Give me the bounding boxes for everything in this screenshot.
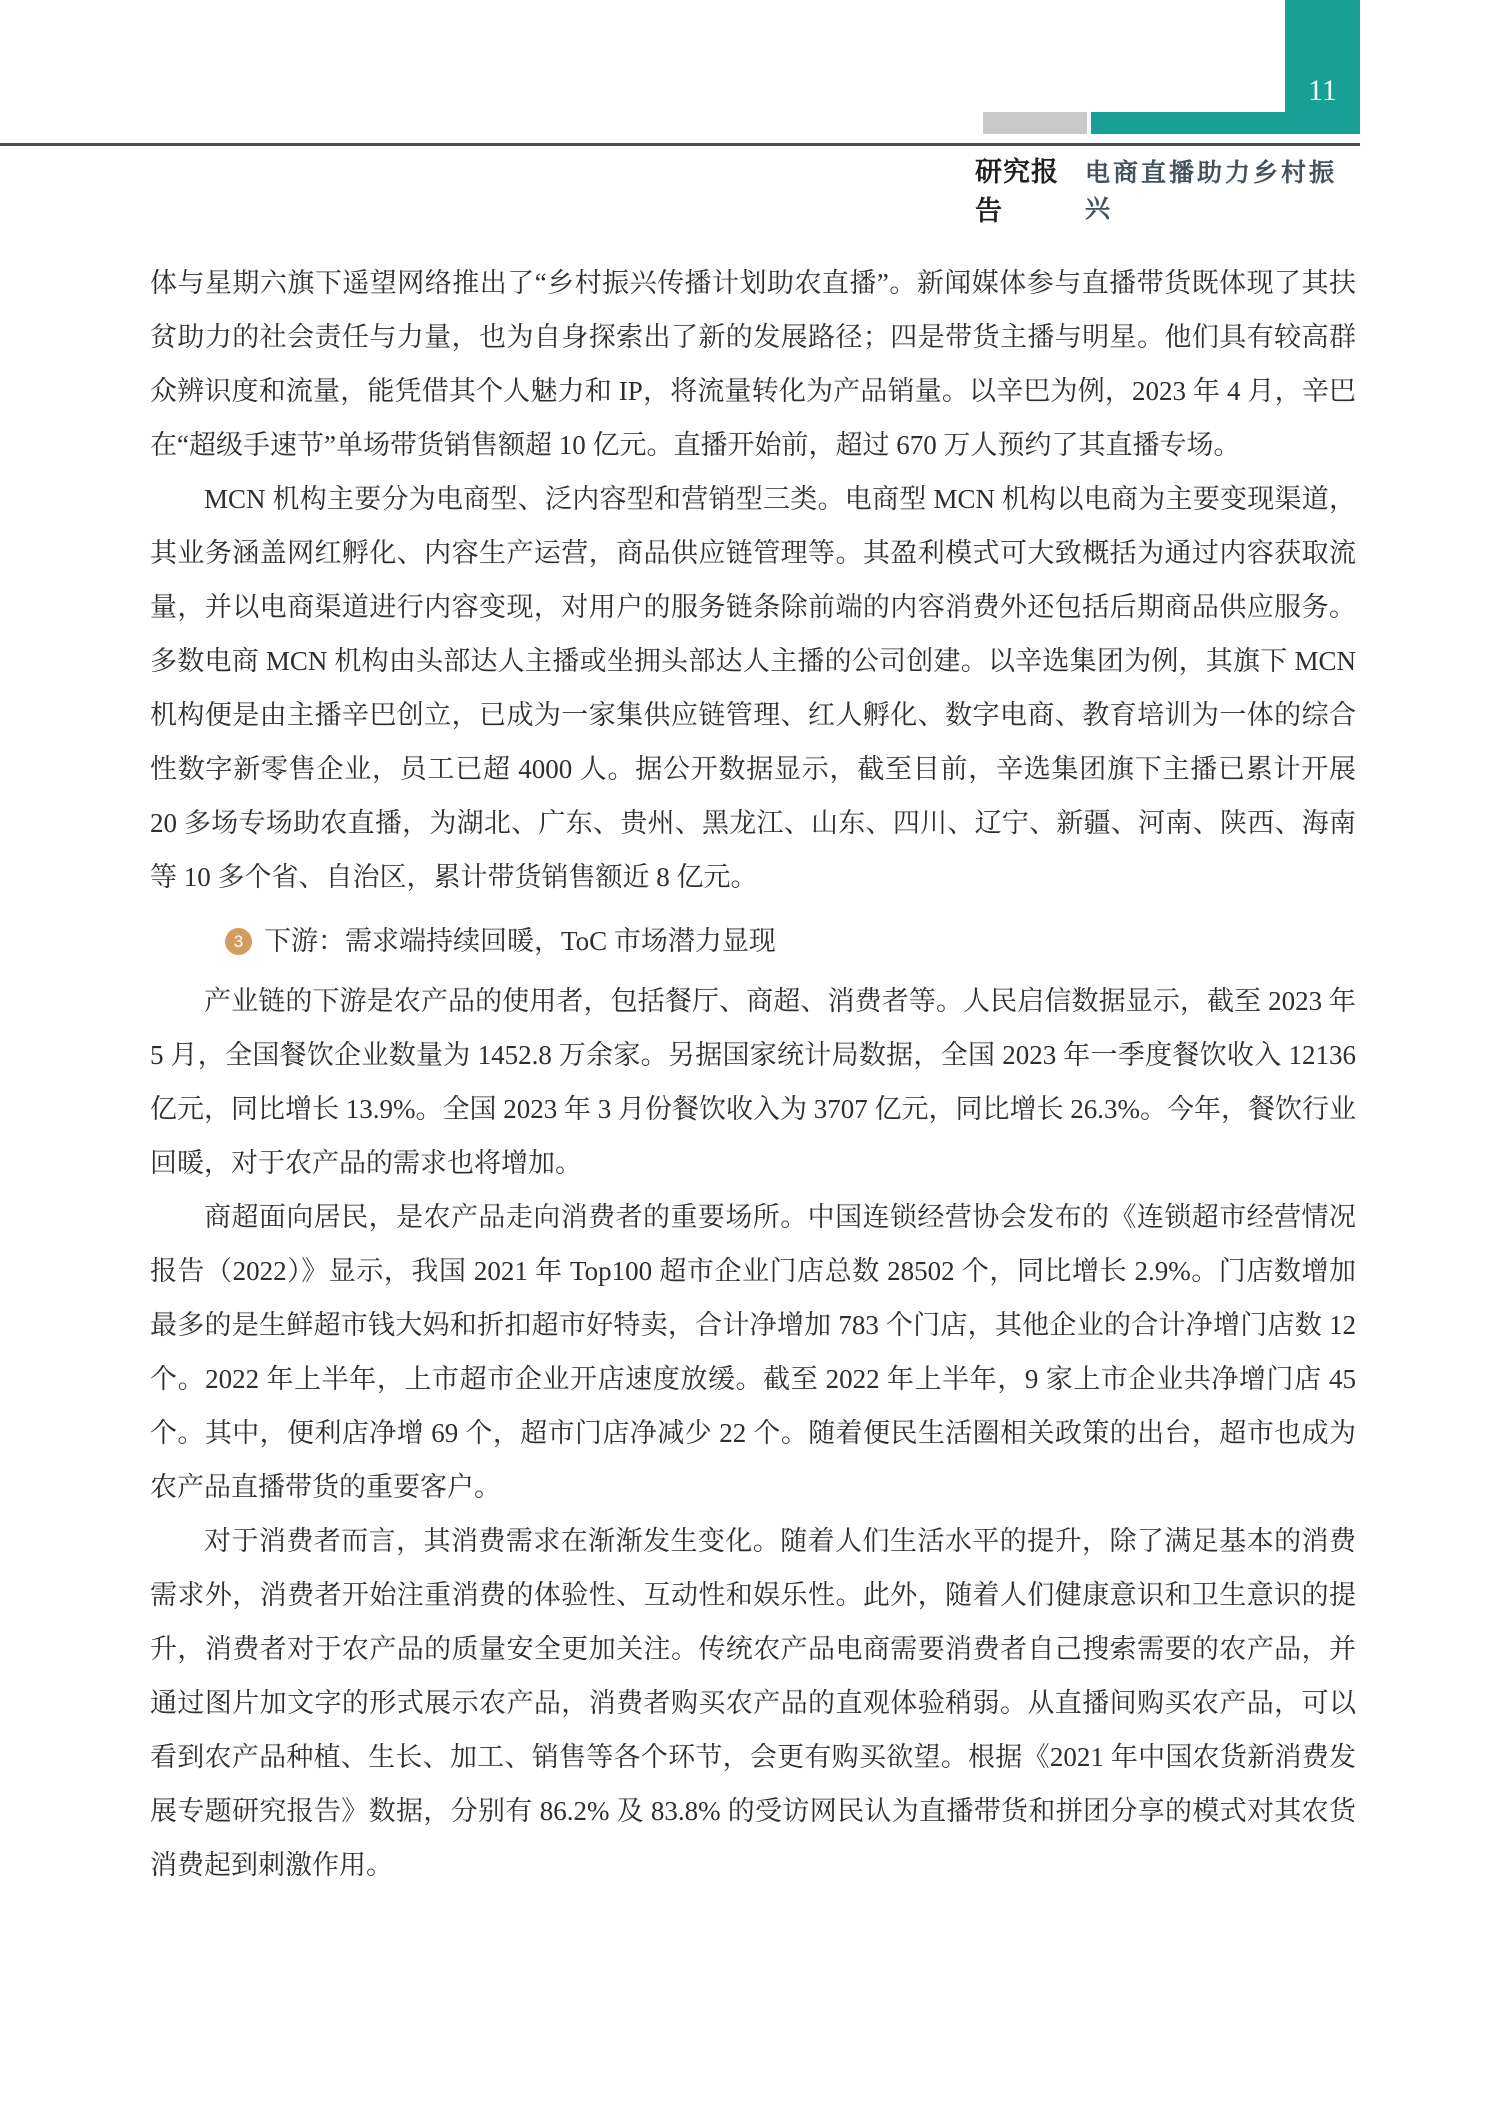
numbered-circle-3-icon: 3 — [225, 928, 252, 955]
report-type-label: 研究报告 — [975, 150, 1085, 228]
header-gray-bar — [983, 112, 1087, 134]
paragraph-downstream-users: 产业链的下游是农产品的使用者，包括餐厅、商超、消费者等。人民启信数据显示，截至 … — [150, 974, 1356, 1190]
page-number: 11 — [1308, 76, 1337, 106]
paragraph-consumers: 对于消费者而言，其消费需求在渐渐发生变化。随着人们生活水平的提升，除了满足基本的… — [150, 1514, 1356, 1892]
paragraph-mcn: MCN 机构主要分为电商型、泛内容型和营销型三类。电商型 MCN 机构以电商为主… — [150, 472, 1356, 904]
paragraph-supermarkets: 商超面向居民，是农产品走向消费者的重要场所。中国连锁经营协会发布的《连锁超市经营… — [150, 1190, 1356, 1514]
page-number-tab: 11 — [1285, 0, 1360, 134]
paragraph-media-anchors: 体与星期六旗下遥望网络推出了“乡村振兴传播计划助农直播”。新闻媒体参与直播带货既… — [150, 256, 1356, 472]
header-rule — [0, 143, 1360, 146]
subheading-downstream: 3 下游：需求端持续回暖，ToC 市场潜力显现 — [150, 914, 1356, 968]
page-header: 研究报告 电商直播助力乡村振兴 — [975, 150, 1360, 228]
article-body: 体与星期六旗下遥望网络推出了“乡村振兴传播计划助农直播”。新闻媒体参与直播带货既… — [150, 256, 1356, 1892]
subheading-text: 下游：需求端持续回暖，ToC 市场潜力显现 — [264, 914, 776, 968]
document-title: 电商直播助力乡村振兴 — [1085, 153, 1360, 225]
report-page: 11 研究报告 电商直播助力乡村振兴 体与星期六旗下遥望网络推出了“乡村振兴传播… — [0, 0, 1500, 2121]
